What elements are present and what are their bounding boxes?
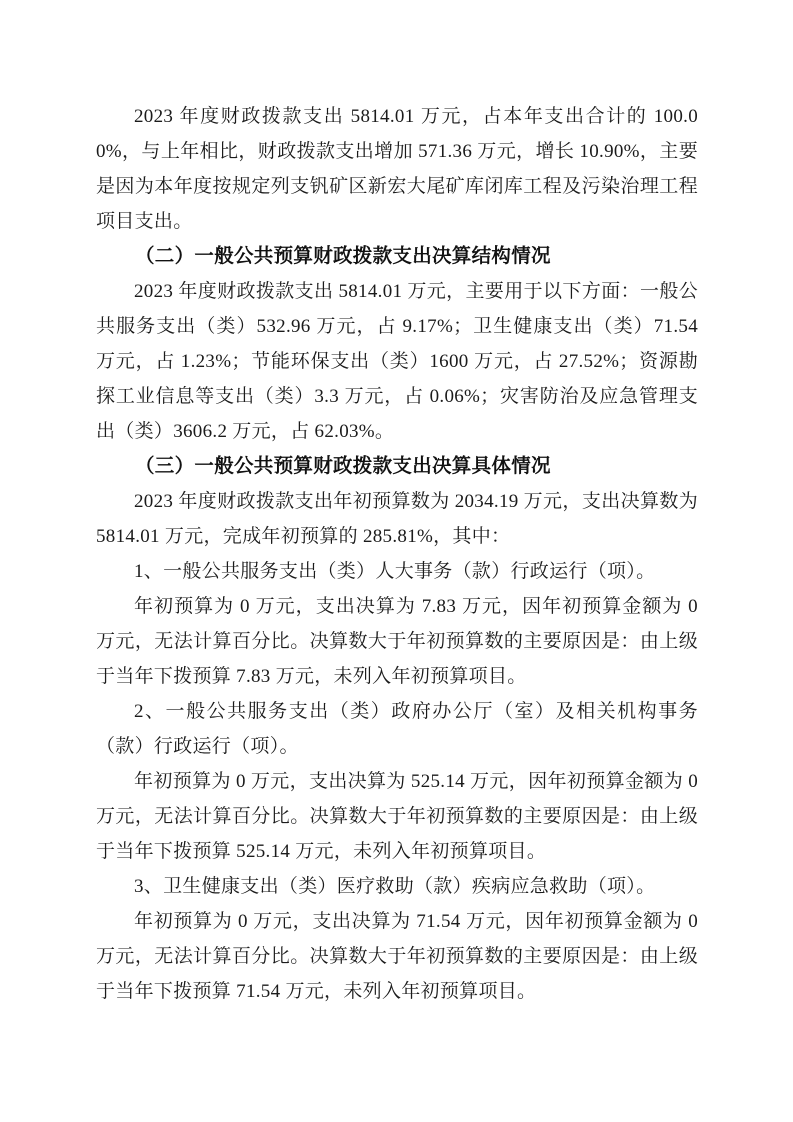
paragraph-item-2-title: 2、一般公共服务支出（类）政府办公厅（室）及相关机构事务（款）行政运行（项）。 [96,694,698,764]
heading-section-2-expenditure-structure: （二）一般公共预算财政拨款支出决算结构情况 [96,239,698,274]
paragraph-budget-vs-final-summary: 2023 年度财政拨款支出年初预算数为 2034.19 万元，支出决算数为 58… [96,484,698,554]
paragraph-item-2-detail: 年初预算为 0 万元，支出决算为 525.14 万元，因年初预算金额为 0 万元… [96,764,698,869]
paragraph-item-1-detail: 年初预算为 0 万元，支出决算为 7.83 万元，因年初预算金额为 0 万元，无… [96,589,698,694]
document-page: 2023 年度财政拨款支出 5814.01 万元，占本年支出合计的 100.00… [0,0,793,1122]
paragraph-item-1-title: 1、一般公共服务支出（类）人大事务（款）行政运行（项）。 [96,554,698,589]
heading-section-3-expenditure-specifics: （三）一般公共预算财政拨款支出决算具体情况 [96,449,698,484]
paragraph-item-3-detail: 年初预算为 0 万元，支出决算为 71.54 万元，因年初预算金额为 0 万元，… [96,904,698,1009]
paragraph-fiscal-expenditure-overview: 2023 年度财政拨款支出 5814.01 万元，占本年支出合计的 100.00… [96,99,698,239]
document-content: 2023 年度财政拨款支出 5814.01 万元，占本年支出合计的 100.00… [96,99,698,1009]
paragraph-expenditure-structure-detail: 2023 年度财政拨款支出 5814.01 万元，主要用于以下方面：一般公共服务… [96,274,698,449]
paragraph-item-3-title: 3、卫生健康支出（类）医疗救助（款）疾病应急救助（项）。 [96,869,698,904]
